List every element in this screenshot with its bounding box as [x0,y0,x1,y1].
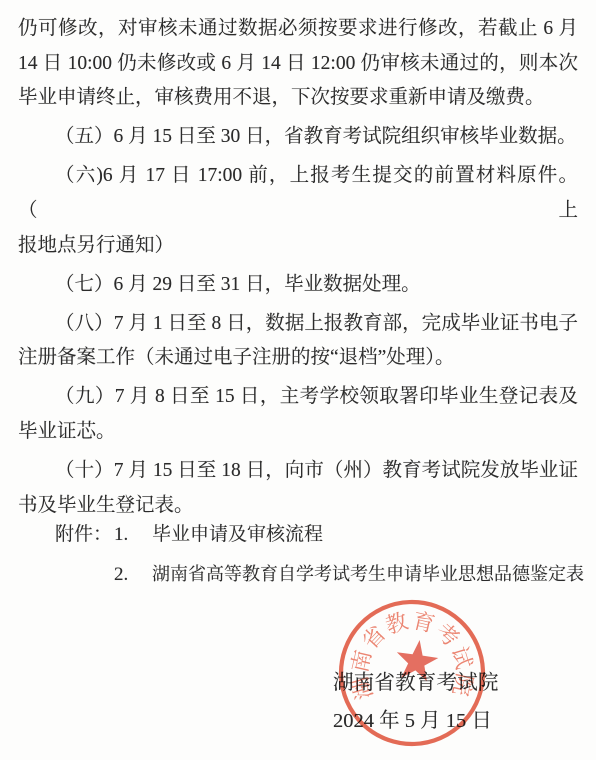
text-line: 毕业申请终止，审核费用不退，下次按要求重新申请及缴费。 [18,81,578,116]
text-line: （六)6 月 17 日 17:00 前，上报考生提交的前置材料原件。（上 [18,159,578,228]
attachments-section: 附件： 1. 毕业申请及审核流程 附件： 2. 湖南省高等教育自学考试考生申请毕… [55,519,584,599]
paragraph: （十）7 月 15 日至 18 日，向市（州）教育考试院发放毕业证书及毕业生登记… [18,454,578,523]
attachments-label: 附件： [55,519,112,546]
text-line: （五）6 月 15 日至 30 日，省教育考试院组织审核毕业数据。 [18,120,578,155]
text-line: 报地点另行通知） [18,229,578,264]
paragraph: 仍可修改，对审核未通过数据必须按要求进行修改，若截止 6 月14 日 10:00… [18,12,578,116]
paragraph: （九）7 月 8 日至 15 日，主考学校领取署印毕业生登记表及毕业证芯。 [18,380,578,449]
text-line: 毕业证芯。 [18,415,578,450]
seal-arc-char: 育 [410,608,437,637]
attachment-title: 湖南省高等教育自学考试考生申请毕业思想品德鉴定表 [152,560,584,586]
text-line: 14 日 10:00 仍未修改或 6 月 14 日 12:00 仍审核未通过的，… [18,47,578,82]
seal-arc-char: 考 [431,618,464,651]
text-line: （十）7 月 15 日至 18 日，向市（州）教育考试院发放毕业证 [18,454,578,489]
text-line: 注册备案工作（未通过电子注册的按“退档”处理）。 [18,341,578,376]
paragraph: （五）6 月 15 日至 30 日，省教育考试院组织审核毕业数据。 [18,120,578,155]
attachment-title: 毕业申请及审核流程 [152,519,323,546]
seal-arc-char: 教 [383,608,411,638]
seal-arc-char: 省 [357,621,390,654]
signature-date: 2024 年 5 月 15 日 [333,703,492,733]
text-line: （七）6 月 29 日至 31 日，毕业数据处理。 [18,268,578,303]
signature-org: 湖南省教育考试院 [333,665,499,695]
document-body: 仍可修改，对审核未通过数据必须按要求进行修改，若截止 6 月14 日 10:00… [18,12,578,523]
attachment-row: 附件： 2. 湖南省高等教育自学考试考生申请毕业思想品德鉴定表 [55,559,584,586]
text-line: （八）7 月 1 日至 8 日，数据上报教育部，完成毕业证书电子 [18,307,578,342]
text-line: 仍可修改，对审核未通过数据必须按要求进行修改，若截止 6 月 [18,12,578,47]
attachment-number: 1. [114,524,134,546]
paragraph: （七）6 月 29 日至 31 日，毕业数据处理。 [18,268,578,303]
paragraph: （六)6 月 17 日 17:00 前，上报考生提交的前置材料原件。（上报地点另… [18,159,578,263]
attachment-row: 附件： 1. 毕业申请及审核流程 [55,519,584,546]
attachment-number: 2. [114,564,134,586]
paragraph: （八）7 月 1 日至 8 日，数据上报教育部，完成毕业证书电子注册备案工作（未… [18,307,578,376]
scanned-notice-page: 仍可修改，对审核未通过数据必须按要求进行修改，若截止 6 月14 日 10:00… [0,0,596,760]
text-line: （九）7 月 8 日至 15 日，主考学校领取署印毕业生登记表及 [18,380,578,415]
